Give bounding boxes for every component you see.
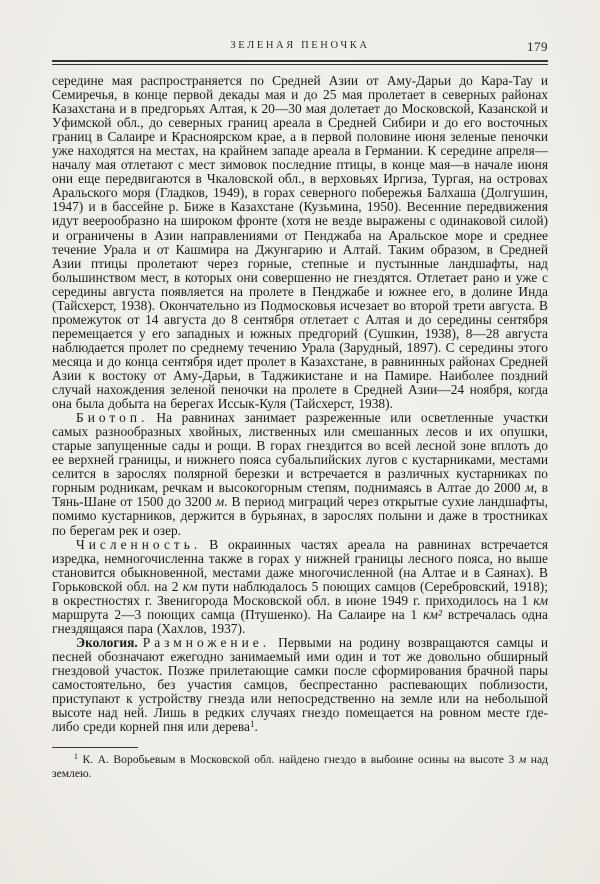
header-rule [52,60,548,65]
text-segment: Экология. [76,635,138,650]
text-segment: маршрута 2—3 поющих самца (Птушенко). На… [52,607,423,622]
page-number: 179 [527,39,548,55]
book-page: ЗЕЛЕНАЯ ПЕНОЧКА 179 середине мая распрос… [0,0,600,884]
page-body: середине мая распространяется по Средней… [52,74,548,734]
text-segment: Первыми на родину возвращаются самцы и п… [52,635,548,734]
footnote-rule [52,747,138,748]
footnote: 1 К. А. Воробьевым в Московской обл. най… [52,753,548,780]
text-segment: м [525,480,534,495]
text-segment: . [255,719,258,734]
paragraph-abundance: Численность.В окраинных частях ареала на… [52,538,548,636]
text-segment: км [183,579,198,594]
text-segment: км [533,593,548,608]
text-segment: км² [423,607,442,622]
running-title: ЗЕЛЕНАЯ ПЕНОЧКА [52,40,548,51]
paragraph-migration-continuation: середине мая распространяется по Средней… [52,74,548,411]
text-segment: Биотоп. [76,410,148,425]
paragraph-ecology-breeding: Экология.Размножение.Первыми на родину в… [52,636,548,734]
text-segment: Численность. [76,537,201,552]
text-segment: середине мая распространяется по Средней… [52,73,548,411]
text-segment: м [216,494,225,509]
paragraph-biotope: Биотоп.На равнинах занимает разреженные … [52,411,548,537]
text-segment: Размножение. [143,635,270,650]
text-segment: К. А. Воробьевым в Московской обл. найде… [78,753,519,766]
running-header: ЗЕЛЕНАЯ ПЕНОЧКА 179 [52,40,548,56]
